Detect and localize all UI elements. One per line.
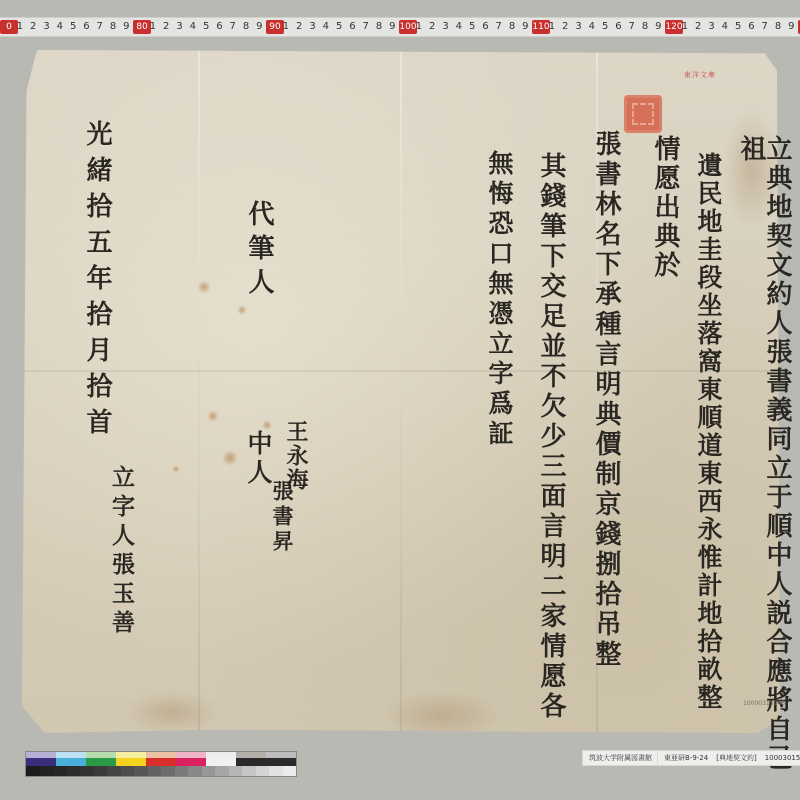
stain [207, 410, 219, 422]
ruler-minor-label: 7 [93, 20, 106, 34]
ruler-minor-label: 2 [559, 20, 572, 34]
ruler-minor-label: 6 [745, 20, 758, 34]
ruler-minor-label: 3 [40, 20, 53, 34]
ruler-minor-label: 6 [612, 20, 625, 34]
gray-step [94, 766, 108, 776]
measurement-ruler: 0123456789801234567899012345678910012345… [0, 17, 800, 37]
gray-step [215, 766, 229, 776]
ruler-minor-label: 1 [678, 20, 691, 34]
red-seal [624, 95, 662, 133]
ruler-minor-label: 9 [785, 20, 798, 34]
ruler-minor-label: 2 [27, 20, 40, 34]
color-swatch [176, 752, 206, 766]
ruler-minor-label: 4 [718, 20, 731, 34]
ruler-minor-label: 4 [452, 20, 465, 34]
ruler-minor-label: 3 [173, 20, 186, 34]
color-swatch [116, 752, 146, 766]
ruler-minor-label: 5 [599, 20, 612, 34]
stain [237, 305, 247, 315]
gray-step [148, 766, 162, 776]
ruler-minor-label: 3 [572, 20, 585, 34]
scribe-column: 代筆人 [246, 200, 272, 302]
ruler-minor-label: 6 [479, 20, 492, 34]
library-name: 筑波大学附属図書館 [589, 753, 652, 763]
middleman-label: 中人 [246, 430, 271, 488]
ruler-minor-label: 2 [293, 20, 306, 34]
color-swatch [206, 752, 236, 766]
stain [382, 690, 502, 740]
gray-step [67, 766, 81, 776]
ruler-minor-label: 6 [213, 20, 226, 34]
date-column: 光緒拾五年拾月拾首 [84, 120, 110, 444]
stain [122, 690, 222, 735]
text-column: 遺民地圭段坐落窩東順道東西永惟計地拾畝整 [696, 152, 721, 712]
ruler-minor-label: 1 [412, 20, 425, 34]
color-swatch [266, 752, 296, 766]
color-swatch [146, 752, 176, 766]
ruler-minor-label: 2 [426, 20, 439, 34]
ruler-minor-label: 8 [505, 20, 518, 34]
stain [262, 420, 272, 430]
ruler-minor-label: 2 [160, 20, 173, 34]
ruler-minor-label: 8 [106, 20, 119, 34]
gray-step [242, 766, 256, 776]
stain [222, 450, 238, 466]
ruler-minor-label: 4 [319, 20, 332, 34]
ruler-minor-label: 4 [186, 20, 199, 34]
color-swatch [86, 752, 116, 766]
gray-step [121, 766, 135, 776]
ruler-minor-label: 6 [346, 20, 359, 34]
ruler-minor-label: 9 [519, 20, 532, 34]
ruler-minor-label: 8 [638, 20, 651, 34]
ruler-minor-label: 5 [67, 20, 80, 34]
stain [172, 465, 180, 473]
gray-step [188, 766, 202, 776]
text-column: 其錢筆下交足並不欠少三面言明二家情愿各 [538, 152, 564, 722]
text-column: 無悔恐口無憑立字爲証 [487, 150, 512, 450]
fold-line [400, 50, 402, 733]
ruler-minor-label: 3 [306, 20, 319, 34]
ruler-minor-label: 5 [732, 20, 745, 34]
ruler-minor-label: 7 [758, 20, 771, 34]
collection-name: [典地契文約] [716, 753, 756, 763]
signer-column: 立字人張玉善 [110, 465, 133, 639]
ruler-minor-label: 9 [652, 20, 665, 34]
ruler-minor-label: 8 [372, 20, 385, 34]
archive-number: 10000315946 [743, 700, 785, 707]
ruler-minor-label: 7 [625, 20, 638, 34]
middleman-name: 王永海 [285, 420, 307, 492]
catalog-label: 東亜研B-9-24 [典地契文約] 10003015946 [657, 750, 800, 766]
text-column: 張書林名下承種言明典價制京錢捌拾吊整 [593, 130, 619, 670]
gray-step [107, 766, 121, 776]
color-calibration-chart [25, 751, 297, 777]
gray-step [26, 766, 40, 776]
ruler-minor-label: 9 [120, 20, 133, 34]
item-id: 10003015946 [765, 754, 800, 762]
ruler-minor-label: 6 [80, 20, 93, 34]
ruler-minor-label: 8 [239, 20, 252, 34]
ruler-minor-label: 4 [53, 20, 66, 34]
ruler-minor-label: 3 [439, 20, 452, 34]
gray-step [175, 766, 189, 776]
ruler-minor-label: 8 [771, 20, 784, 34]
collection-stamp: 東洋文庫 [684, 70, 716, 80]
fold-line [198, 50, 200, 733]
gray-step [283, 766, 297, 776]
gray-step [161, 766, 175, 776]
ruler-minor-label: 7 [359, 20, 372, 34]
ruler-minor-label: 1 [146, 20, 159, 34]
gray-step [269, 766, 283, 776]
gray-step [202, 766, 216, 776]
gray-step [80, 766, 94, 776]
ruler-minor-label: 5 [200, 20, 213, 34]
ruler-minor-label: 1 [545, 20, 558, 34]
ruler-minor-label: 1 [13, 20, 26, 34]
ruler-minor-label: 9 [386, 20, 399, 34]
color-swatch [236, 752, 266, 766]
library-label: 筑波大学附属図書館 [582, 750, 659, 766]
stain [197, 280, 211, 294]
gray-step [53, 766, 67, 776]
gray-step [40, 766, 54, 776]
ruler-minor-label: 7 [492, 20, 505, 34]
ruler-minor-label: 9 [253, 20, 266, 34]
ruler-minor-label: 2 [692, 20, 705, 34]
gray-step [134, 766, 148, 776]
ruler-minor-label: 5 [333, 20, 346, 34]
text-column: 情愿出典於 [652, 135, 678, 280]
ruler-minor-label: 1 [279, 20, 292, 34]
color-swatch [56, 752, 86, 766]
fold-line [22, 370, 780, 372]
ruler-minor-label: 4 [585, 20, 598, 34]
gray-step [256, 766, 270, 776]
ruler-minor-label: 3 [705, 20, 718, 34]
ruler-minor-label: 5 [466, 20, 479, 34]
gray-step [229, 766, 243, 776]
call-number: 東亜研B-9-24 [664, 753, 708, 763]
color-swatch [26, 752, 56, 766]
ruler-minor-label: 7 [226, 20, 239, 34]
